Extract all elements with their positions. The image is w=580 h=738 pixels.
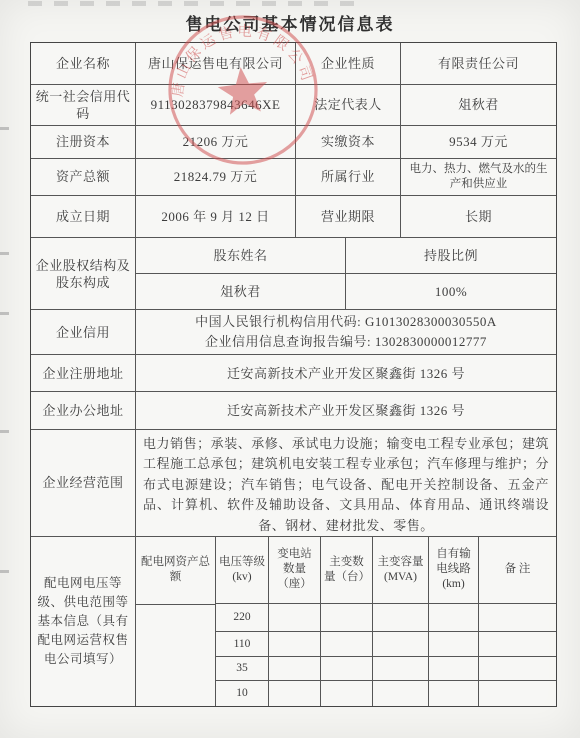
- label-shareholding: 企业股权结构及股东构成: [31, 238, 136, 310]
- row-business-scope: 企业经营范围 电力销售；承装、承修、承试电力设施；输变电工程专业承包；建筑工程施…: [31, 430, 556, 537]
- row-establish-date: 成立日期 2006 年 9 月 12 日 营业期限 长期: [31, 196, 556, 239]
- header-remarks: 备 注: [479, 537, 556, 605]
- empty-cell: [373, 681, 429, 706]
- section-shareholding: 企业股权结构及股东构成 股东姓名 持股比例 俎秋君 100%: [31, 238, 556, 310]
- empty-cell: [269, 604, 321, 632]
- shareholding-header-row: 股东姓名 持股比例: [136, 238, 556, 274]
- header-transformer-capacity: 主变容量 (MVA): [373, 537, 429, 605]
- empty-cell: [429, 604, 479, 632]
- value-company-name: 唐山保运售电有限公司: [136, 43, 296, 85]
- label-paidin-capital: 实缴资本: [296, 126, 401, 159]
- voltage-220: 220: [216, 604, 269, 632]
- form-title: 售电公司基本情况信息表: [0, 10, 580, 35]
- empty-cell: [479, 632, 556, 657]
- empty-cell: [479, 657, 556, 681]
- value-business-scope: 电力销售；承装、承修、承试电力设施；输变电工程专业承包；建筑工程施工总承包；建筑…: [136, 430, 556, 537]
- header-own-lines: 自有输电线路(km): [429, 537, 479, 605]
- section-credit: 企业信用 中国人民银行机构信用代码: G1013028300030550A 企业…: [31, 310, 556, 355]
- label-credit-code: 统一社会信用代码: [31, 85, 136, 126]
- label-registered-capital: 注册资本: [31, 126, 136, 159]
- label-office-address: 企业办公地址: [31, 392, 136, 430]
- label-company-name: 企业名称: [31, 43, 136, 85]
- empty-cell: [269, 681, 321, 706]
- voltage-35: 35: [216, 657, 269, 681]
- label-legal-rep: 法定代表人: [296, 85, 401, 126]
- scan-artifact-edge: [0, 430, 9, 433]
- distribution-header-row: 电压等级(kv) 变电站数量（座） 主变数量（台） 主变容量 (MVA) 自有输…: [216, 537, 556, 605]
- empty-cell: [429, 632, 479, 657]
- label-company-nature: 企业性质: [296, 43, 401, 85]
- empty-cell: [321, 681, 373, 706]
- empty-cell: [373, 632, 429, 657]
- cell-grid-assets-empty: [136, 605, 216, 706]
- value-credit: 中国人民银行机构信用代码: G1013028300030550A 企业信用信息查…: [136, 310, 556, 355]
- scan-artifact-edge: [0, 127, 9, 130]
- empty-cell: [373, 657, 429, 681]
- section-distribution: 配电网电压等级、供电范围等基本信息（具有配电网运营权售电公司填写） 配电网资产总…: [31, 537, 556, 706]
- row-registered-address: 企业注册地址 迁安高新技术产业开发区聚鑫街 1326 号: [31, 355, 556, 392]
- row-credit-code: 统一社会信用代码 9113028379843646XE 法定代表人 俎秋君: [31, 85, 556, 126]
- header-voltage-level: 电压等级(kv): [216, 537, 269, 605]
- label-total-assets: 资产总额: [31, 159, 136, 196]
- voltage-row-10: 10: [216, 681, 556, 706]
- header-transformer-count: 主变数量（台）: [321, 537, 373, 605]
- row-total-assets: 资产总额 21824.79 万元 所属行业 电力、热力、燃气及水的生产和供应业: [31, 159, 556, 196]
- scan-artifact-edge: [0, 570, 9, 573]
- empty-cell: [479, 604, 556, 632]
- empty-cell: [269, 632, 321, 657]
- label-registered-address: 企业注册地址: [31, 355, 136, 392]
- scanned-form-page: { "title": "售电公司基本情况信息表", "stamp": { "te…: [0, 0, 580, 738]
- label-credit: 企业信用: [31, 310, 136, 355]
- value-business-term: 长期: [401, 196, 556, 239]
- empty-cell: [479, 681, 556, 706]
- label-business-term: 营业期限: [296, 196, 401, 239]
- value-total-assets: 21824.79 万元: [136, 159, 296, 196]
- voltage-110: 110: [216, 632, 269, 657]
- voltage-row-110: 110: [216, 632, 556, 657]
- value-registered-address: 迁安高新技术产业开发区聚鑫街 1326 号: [136, 355, 556, 392]
- value-industry: 电力、热力、燃气及水的生产和供应业: [401, 159, 556, 196]
- empty-cell: [269, 657, 321, 681]
- row-office-address: 企业办公地址 迁安高新技术产业开发区聚鑫街 1326 号: [31, 392, 556, 430]
- label-business-scope: 企业经营范围: [31, 430, 136, 537]
- voltage-10: 10: [216, 681, 269, 706]
- empty-cell: [321, 604, 373, 632]
- value-share-ratio: 100%: [346, 274, 556, 310]
- value-company-nature: 有限责任公司: [401, 43, 556, 85]
- value-office-address: 迁安高新技术产业开发区聚鑫街 1326 号: [136, 392, 556, 430]
- value-registered-capital: 21206 万元: [136, 126, 296, 159]
- empty-cell: [321, 632, 373, 657]
- header-share-ratio: 持股比例: [346, 238, 556, 274]
- scan-artifact-edge: [0, 312, 9, 315]
- empty-cell: [429, 681, 479, 706]
- header-grid-assets: 配电网资产总额: [136, 537, 216, 605]
- form-table: 企业名称 唐山保运售电有限公司 企业性质 有限责任公司 统一社会信用代码 911…: [30, 42, 557, 707]
- header-shareholder-name: 股东姓名: [136, 238, 346, 274]
- empty-cell: [373, 604, 429, 632]
- voltage-row-35: 35: [216, 657, 556, 681]
- label-distribution: 配电网电压等级、供电范围等基本信息（具有配电网运营权售电公司填写）: [31, 537, 136, 706]
- empty-cell: [321, 657, 373, 681]
- row-company-name: 企业名称 唐山保运售电有限公司 企业性质 有限责任公司: [31, 43, 556, 85]
- row-registered-capital: 注册资本 21206 万元 实缴资本 9534 万元: [31, 126, 556, 159]
- value-legal-rep: 俎秋君: [401, 85, 556, 126]
- value-establish-date: 2006 年 9 月 12 日: [136, 196, 296, 239]
- value-shareholder-name: 俎秋君: [136, 274, 346, 310]
- header-substation-count: 变电站数量（座）: [269, 537, 321, 605]
- credit-line-2: 企业信用信息查询报告编号: 1302830000012777: [195, 332, 497, 352]
- shareholding-data-row: 俎秋君 100%: [136, 274, 556, 310]
- voltage-row-220: 220: [216, 604, 556, 632]
- value-credit-code: 9113028379843646XE: [136, 85, 296, 126]
- label-establish-date: 成立日期: [31, 196, 136, 239]
- credit-line-1: 中国人民银行机构信用代码: G1013028300030550A: [195, 312, 497, 332]
- value-paidin-capital: 9534 万元: [401, 126, 556, 159]
- empty-cell: [429, 657, 479, 681]
- label-industry: 所属行业: [296, 159, 401, 196]
- scan-artifact-top: [28, 1, 358, 6]
- scan-artifact-edge: [0, 252, 9, 255]
